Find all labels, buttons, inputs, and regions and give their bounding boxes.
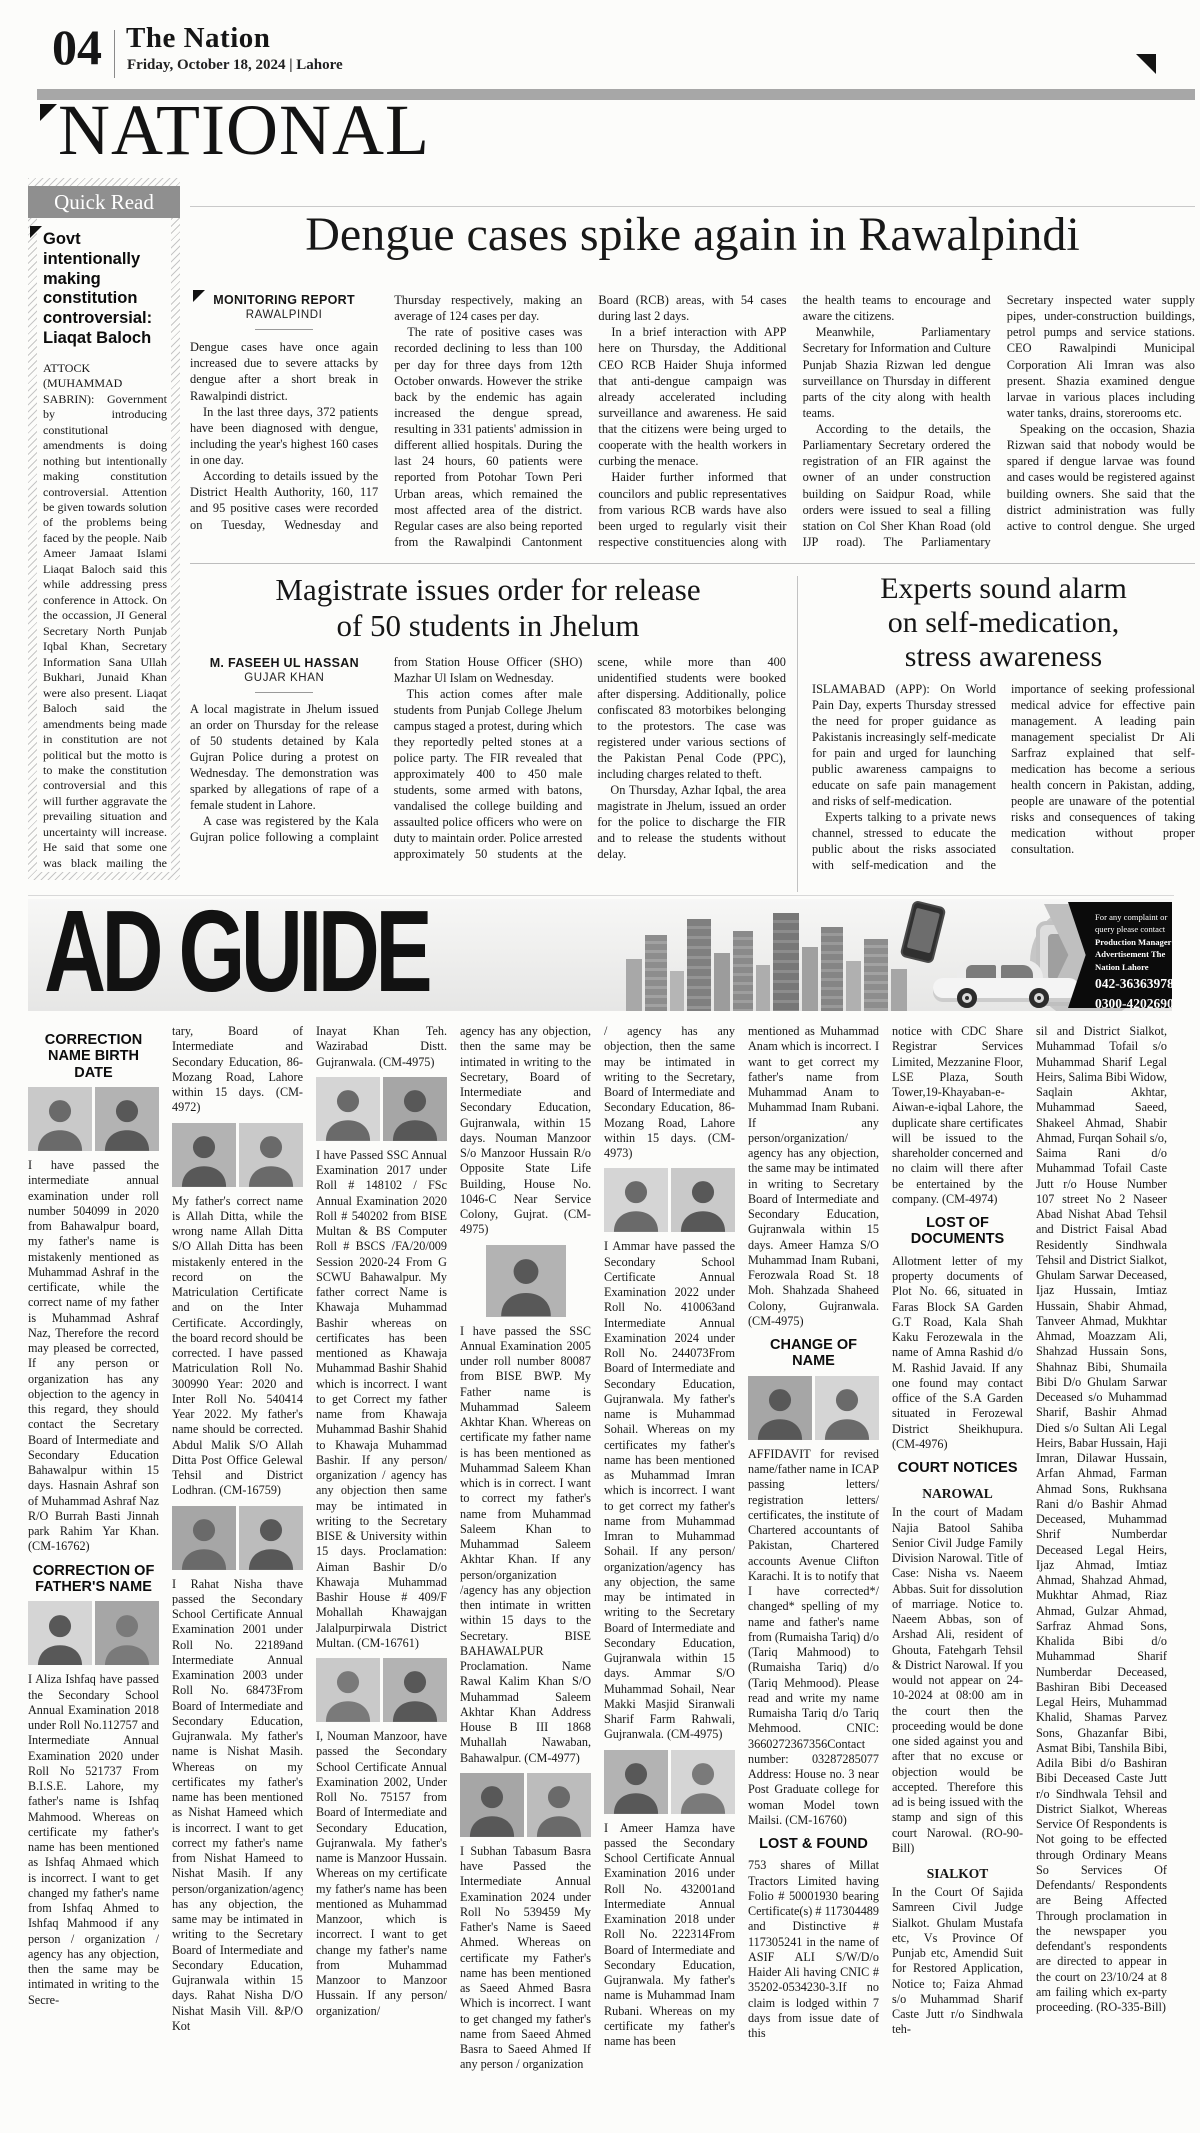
person-icon	[239, 1511, 303, 1570]
person-icon	[383, 1663, 447, 1722]
article-headline-magistrate: Magistrate issues order for release of 5…	[190, 572, 786, 643]
contact-line: For any complaint or	[1095, 911, 1172, 923]
car-icon	[933, 956, 1079, 1008]
classified-photos	[604, 1168, 735, 1232]
classified-ad-text: I have passed the intermediate annual ex…	[28, 1158, 159, 1555]
classified-column: / agency has any objection, then the sam…	[604, 1024, 735, 2080]
article-headline-experts: Experts sound alarm on self-medication, …	[812, 572, 1195, 674]
section-flag-icon	[40, 104, 57, 121]
headshot-photo	[671, 1750, 735, 1814]
smartphone-icon	[899, 900, 946, 965]
building-icon	[821, 927, 843, 1011]
classified-header: CORRECTION OF FATHER'S NAME	[28, 1563, 159, 1596]
masthead-divider	[114, 30, 115, 78]
classified-ad-text: tary, Board of Intermediate and Secondar…	[172, 1024, 303, 1116]
page-number: 04	[52, 22, 102, 72]
article-byline: M. FASEEH UL HASSAN GUJAR KHAN	[190, 655, 379, 693]
paragraph: On Thursday, Azhar Iqbal, the area magis…	[597, 783, 786, 863]
building-icon	[626, 959, 642, 1011]
classified-ad-text: Allotment letter of my property document…	[892, 1254, 1023, 1452]
headshot-photo	[172, 1123, 236, 1187]
headshot-photo	[239, 1506, 303, 1570]
contact-phone: 042-36363978,	[1095, 976, 1172, 993]
classified-column: tary, Board of Intermediate and Secondar…	[172, 1024, 303, 2080]
article-body-experts: ISLAMABAD (APP): On World Pain Day, expe…	[812, 682, 1195, 892]
classified-column: notice with CDC Share Registrar Services…	[892, 1024, 1023, 2080]
person-icon	[383, 1082, 447, 1141]
building-icon	[773, 913, 799, 1011]
building-icon	[733, 931, 753, 1011]
headshot-photo	[316, 1077, 380, 1141]
headshot-photo	[604, 1168, 668, 1232]
building-icon	[687, 919, 711, 1011]
edition-dateline: Friday, October 18, 2024 | Lahore	[127, 57, 343, 74]
headline-line: of 50 students in Jhelum	[190, 608, 786, 644]
classified-ad-text: sil and District Sialkot, Muhammad Tofai…	[1036, 1024, 1167, 2015]
headshot-photo	[486, 1245, 566, 1317]
classified-ad-text: In the court of Madam Najia Batool Sahib…	[892, 1505, 1023, 1856]
classified-header: CORRECTION NAME BIRTH DATE	[28, 1032, 159, 1081]
headline-line: stress awareness	[812, 640, 1195, 674]
classified-ad-text: mentioned as Muhammad Anam which is inco…	[748, 1024, 879, 1329]
kicker-city: RAWALPINDI	[190, 308, 378, 323]
classified-photos	[604, 1750, 735, 1814]
paragraph: In the last three days, 372 patients hav…	[190, 404, 378, 469]
building-icon	[864, 939, 888, 1011]
paragraph: In a brief interaction with APP here on …	[598, 324, 786, 469]
rule	[255, 692, 313, 693]
classified-ad-text: I have Passed SSC Annual Examination 201…	[316, 1148, 447, 1651]
car-body	[933, 978, 1079, 1002]
rule	[28, 895, 1174, 896]
person-icon	[316, 1082, 380, 1141]
person-icon	[486, 1250, 566, 1316]
headshot-photo	[748, 1376, 812, 1440]
newspaper-page: 04 The Nation Friday, October 18, 2024 |…	[0, 0, 1200, 2133]
person-icon	[460, 1778, 524, 1837]
contact-line: Advertisement The Nation Lahore	[1095, 948, 1172, 973]
masthead-title: The Nation	[126, 24, 270, 53]
classified-ad-text: I Rahat Nisha thave passed the Secondary…	[172, 1577, 303, 2035]
contact-line: Production Manager	[1095, 936, 1172, 948]
building-icon	[645, 935, 667, 1011]
headshot-photo	[604, 1750, 668, 1814]
classified-header: LOST OF DOCUMENTS	[892, 1215, 1023, 1248]
classified-photos	[316, 1658, 447, 1722]
headline-line: Experts sound alarm	[812, 572, 1195, 606]
classified-ad-text: I Aliza Ishfaq have passed the Secondary…	[28, 1672, 159, 2008]
classified-photos	[28, 1601, 159, 1665]
classified-ad-text: agency has any objection, then the same …	[460, 1024, 591, 1238]
classified-column: mentioned as Muhammad Anam which is inco…	[748, 1024, 879, 2080]
building-icon	[756, 965, 770, 1011]
building-icon	[802, 947, 818, 1011]
headline-line: on self-medication,	[812, 606, 1195, 640]
building-icon	[670, 971, 684, 1011]
headshot-photo	[316, 1658, 380, 1722]
contact-line: query please contact	[1095, 923, 1172, 935]
classified-ad-text: My father's correct name is Allah Ditta,…	[172, 1194, 303, 1499]
article-kicker: MONITORING REPORT RAWALPINDI	[190, 292, 378, 330]
headshot-photo	[28, 1601, 92, 1665]
classified-column: agency has any objection, then the same …	[460, 1024, 591, 2080]
headshot-photo	[527, 1773, 591, 1837]
column-divider	[797, 576, 798, 892]
headshot-photo	[95, 1601, 159, 1665]
person-icon	[172, 1128, 236, 1187]
quick-read-box: Quick Read Govt intentionally making con…	[28, 178, 180, 880]
person-icon	[28, 1092, 92, 1151]
building-icon	[846, 961, 861, 1011]
ad-contact-text: For any complaint or query please contac…	[1095, 911, 1172, 1011]
classified-photos	[316, 1077, 447, 1141]
person-icon	[527, 1778, 591, 1837]
person-icon	[95, 1092, 159, 1151]
quick-read-body: ATTOCK (MUHAMMAD SABRIN): Government by …	[43, 361, 167, 872]
article-body-dengue: MONITORING REPORT RAWALPINDI Dengue case…	[190, 292, 1195, 558]
corner-fold-icon	[1136, 54, 1156, 74]
classified-subheader: SIALKOT	[892, 1866, 1023, 1882]
classified-photos	[748, 1376, 879, 1440]
classified-ad-text: / agency has any objection, then the sam…	[604, 1024, 735, 1161]
headshot-photo	[383, 1658, 447, 1722]
headline-line: Magistrate issues order for release	[190, 572, 786, 608]
paragraph: ISLAMABAD (APP): On World Pain Day, expe…	[812, 682, 996, 810]
person-icon	[748, 1381, 812, 1440]
kicker-label: MONITORING REPORT	[190, 292, 378, 308]
quick-read-content: Govt intentionally making constitution c…	[37, 218, 171, 872]
classified-subheader: NAROWAL	[892, 1486, 1023, 1502]
classified-ad-text: In the Court Of Sajida Samreen Civil Jud…	[892, 1885, 1023, 2038]
classified-ad-text: Inayat Khan Teh. Wazirabad Distt. Gujran…	[316, 1024, 447, 1070]
person-icon	[172, 1511, 236, 1570]
classified-photos	[172, 1506, 303, 1570]
headshot-photo	[172, 1506, 236, 1570]
car-wheel	[1029, 988, 1049, 1008]
paragraph: Dengue cases have once again increased d…	[190, 339, 378, 404]
ad-guide-title: AD GUIDE	[44, 899, 428, 1009]
car-wheel	[957, 988, 977, 1008]
paragraph: Meanwhile, Parliamentary Secretary for I…	[803, 324, 991, 421]
section-title: NATIONAL	[58, 94, 430, 166]
classified-ad-text: notice with CDC Share Registrar Services…	[892, 1024, 1023, 1207]
rule	[255, 329, 313, 330]
quick-read-title: Quick Read	[28, 186, 180, 218]
classifieds-section: CORRECTION NAME BIRTH DATE I have passed…	[28, 1024, 1174, 2080]
classified-header: CHANGE OF NAME	[748, 1337, 879, 1370]
classified-photos	[460, 1773, 591, 1837]
person-icon	[815, 1381, 879, 1440]
classified-header: COURT NOTICES	[892, 1460, 1023, 1476]
building-icon	[891, 969, 907, 1011]
classified-column: Inayat Khan Teh. Wazirabad Distt. Gujran…	[316, 1024, 447, 2080]
classified-photos	[28, 1087, 159, 1151]
classified-ad-text: AFFIDAVIT for revised name/father name i…	[748, 1447, 879, 1828]
classified-ad-text: I, Nouman Manzoor, have passed the Secon…	[316, 1729, 447, 2019]
quick-read-headline: Govt intentionally making constitution c…	[43, 230, 167, 349]
rule	[190, 206, 1195, 207]
classified-photos	[460, 1245, 591, 1317]
person-icon	[671, 1755, 735, 1814]
person-icon	[95, 1607, 159, 1666]
classified-ad-text: 753 shares of Millat Tractors Limited ha…	[748, 1858, 879, 2041]
article-headline-dengue: Dengue cases spike again in Rawalpindi	[190, 210, 1195, 260]
building-icon	[714, 953, 730, 1011]
byline-author: M. FASEEH UL HASSAN	[190, 655, 379, 671]
headshot-photo	[239, 1123, 303, 1187]
classified-ad-text: I Ameer Hamza have passed the Secondary …	[604, 1821, 735, 2050]
headshot-photo	[383, 1077, 447, 1141]
person-icon	[604, 1755, 668, 1814]
classified-column: sil and District Sialkot, Muhammad Tofai…	[1036, 1024, 1167, 2080]
headshot-photo	[95, 1087, 159, 1151]
headshot-photo	[460, 1773, 524, 1837]
byline-city: GUJAR KHAN	[190, 671, 379, 686]
headshot-photo	[671, 1168, 735, 1232]
classified-photos	[172, 1123, 303, 1187]
classified-header: LOST & FOUND	[748, 1836, 879, 1852]
article-body-magistrate: M. FASEEH UL HASSAN GUJAR KHAN A local m…	[190, 655, 786, 893]
person-icon	[316, 1663, 380, 1722]
classified-ad-text: I Subhan Tabasum Basra have Passed the I…	[460, 1844, 591, 2073]
classified-column: CORRECTION NAME BIRTH DATE I have passed…	[28, 1024, 159, 2080]
person-icon	[239, 1128, 303, 1187]
person-icon	[671, 1173, 735, 1232]
person-icon	[28, 1607, 92, 1666]
corner-fold-icon	[30, 226, 42, 238]
person-icon	[604, 1173, 668, 1232]
rule	[190, 563, 1195, 564]
ad-guide-banner: AD GUIDE	[28, 899, 1172, 1011]
paragraph: A local magistrate in Jhelum issued an o…	[190, 702, 379, 814]
classified-ad-text: I have passed the SSC Annual Examination…	[460, 1324, 591, 1766]
classified-ad-text: I Ammar have passed the Secondary School…	[604, 1239, 735, 1742]
headshot-photo	[28, 1087, 92, 1151]
headshot-photo	[815, 1376, 879, 1440]
